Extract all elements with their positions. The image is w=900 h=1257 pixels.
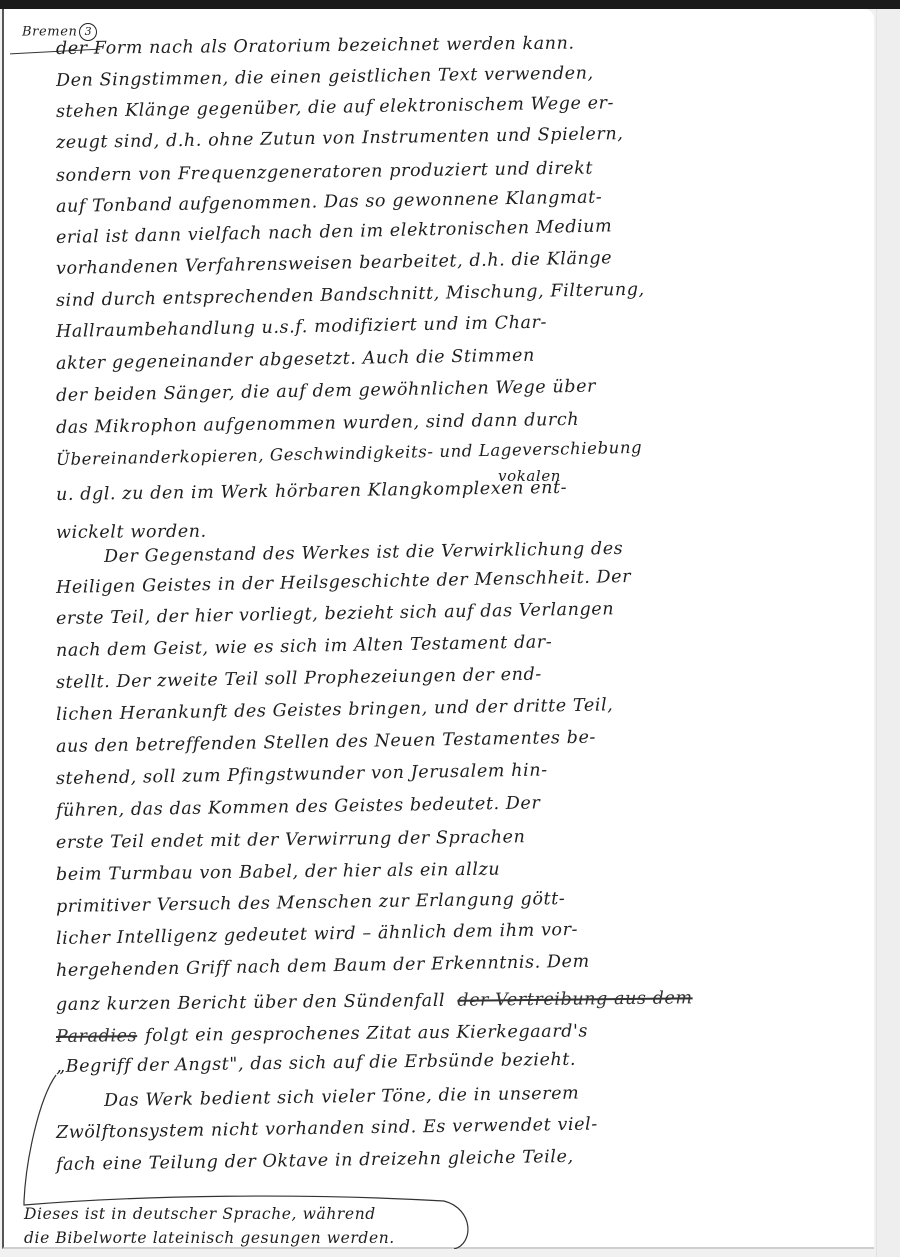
scan-right-margin xyxy=(876,9,900,1257)
paragraph-start: Das Werk bedient sich vieler Töne, die i… xyxy=(104,1084,580,1111)
footnote-line: Dieses ist in deutscher Sprache, während xyxy=(24,1205,376,1223)
text-line: ganz kurzen Bericht über den Sündenfall … xyxy=(56,988,693,1015)
text-line: sind durch entsprechenden Bandschnitt, M… xyxy=(56,280,645,311)
place-label: Bremen xyxy=(22,25,77,40)
text-line: akter gegeneinander abgesetzt. Auch die … xyxy=(56,346,535,374)
text-line: erial ist dann vielfach nach den im elek… xyxy=(56,216,613,248)
struck-text: der Vertreibung aus dem xyxy=(457,988,693,1010)
text-line: sondern von Frequenzgeneratoren produzie… xyxy=(56,159,593,186)
text-line: vorhandenen Verfahrensweisen bearbeitet,… xyxy=(56,248,613,279)
text-line: Zwölftonsystem nicht vorhanden sind. Es … xyxy=(56,1114,598,1143)
text-line: Heiligen Geistes in der Heilsgeschichte … xyxy=(56,567,631,598)
text-line: fach eine Teilung der Oktave in dreizehn… xyxy=(56,1147,574,1175)
text-line: aus den betreffenden Stellen des Neuen T… xyxy=(56,728,596,757)
text-line: der Form nach als Oratorium bezeichnet w… xyxy=(56,34,575,59)
text-line: auf Tonband aufgenommen. Das so gewonnen… xyxy=(56,187,603,217)
text-line: u. dgl. zu den im Werk hörbaren Klangkom… xyxy=(56,478,567,505)
text-line: erste Teil, der hier vorliegt, bezieht s… xyxy=(56,599,614,629)
text-line: Übereinanderkopieren, Geschwindigkeits- … xyxy=(56,438,643,469)
text-line: „Begriff der Angst", das sich auf die Er… xyxy=(56,1050,576,1077)
text-line: Paradiesfolgt ein gesprochenes Zitat aus… xyxy=(56,1021,588,1047)
scan-top-border xyxy=(0,0,900,9)
text-line: nach dem Geist, wie es sich im Alten Tes… xyxy=(56,632,553,661)
text-line: licher Intelligenz gedeutet wird – ähnli… xyxy=(56,920,578,949)
struck-text: Paradies xyxy=(56,1026,137,1047)
text-line: primitiver Versuch des Menschen zur Erla… xyxy=(56,889,566,917)
text-line: der beiden Sänger, die auf dem gewöhnlic… xyxy=(56,377,596,406)
text-line: stehen Klänge gegenüber, die auf elektro… xyxy=(56,93,614,122)
manuscript-page: Bremen3 der Form nach als Oratorium beze… xyxy=(2,9,874,1249)
text-line: Den Singstimmen, die einen geistlichen T… xyxy=(56,63,594,91)
text-line: erste Teil endet mit der Verwirrung der … xyxy=(56,827,526,853)
text-line: zeugt sind, d.h. ohne Zutun von Instrume… xyxy=(56,124,624,153)
text-line: hergehenden Griff nach dem Baum der Erke… xyxy=(56,952,590,981)
text-line: stehend, soll zum Pfingstwunder von Jeru… xyxy=(56,760,548,789)
text-line: beim Turmbau von Babel, der hier als ein… xyxy=(56,860,500,885)
text-line: wickelt worden. xyxy=(56,522,207,543)
footnote-line: die Bibelworte lateinisch gesungen werde… xyxy=(24,1229,395,1247)
paragraph-start: Der Gegenstand des Werkes ist die Verwir… xyxy=(104,539,624,567)
text-line: das Mikrophon aufgenommen wurden, sind d… xyxy=(56,410,579,438)
text-line: lichen Herankunft des Geistes bringen, u… xyxy=(56,695,614,725)
text-line: stellt. Der zweite Teil soll Prophezeiun… xyxy=(56,665,542,693)
text-line: Hallraumbehandlung u.s.f. modifiziert un… xyxy=(56,313,547,342)
text-line: führen, das das Kommen des Geistes bedeu… xyxy=(56,793,541,821)
